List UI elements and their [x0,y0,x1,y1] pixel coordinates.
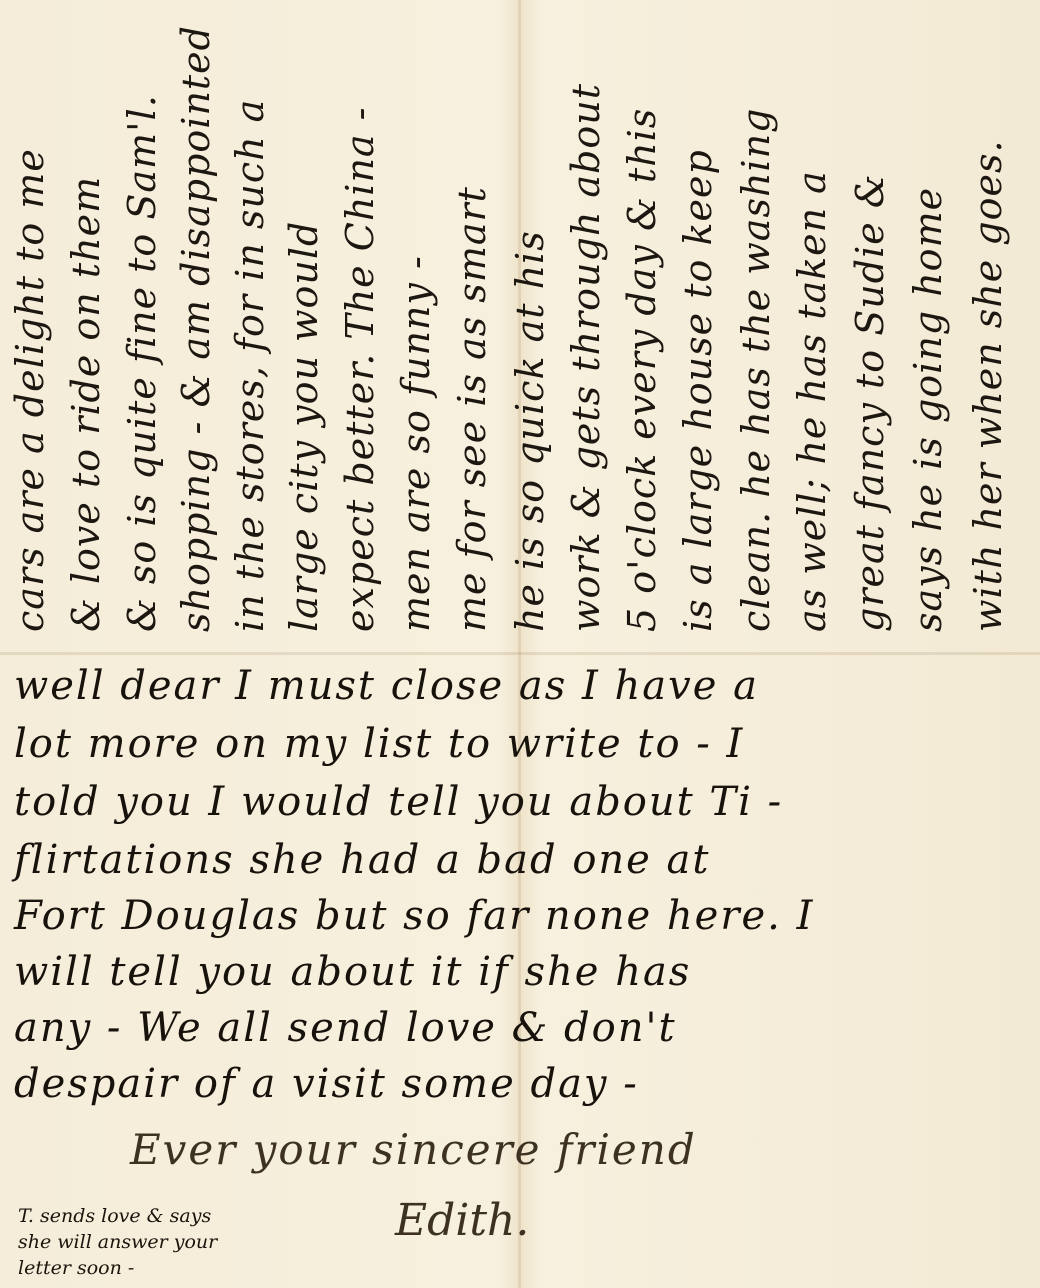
rotated-line: expect better. The China - [338,107,382,633]
rotated-line: & so is quite fine to Sam'l. [120,94,164,632]
rotated-line: clean. he has the washing [734,108,778,632]
letter-line: will tell you about it if she has [14,949,691,995]
letter-line: lot more on my list to write to - I [14,721,744,767]
letter-line: despair of a visit some day - [14,1061,639,1107]
rotated-line: cars are a delight to me [8,148,52,632]
letter-page: cars are a delight to me & love to ride … [0,0,1040,1288]
letter-closing: Ever your sincere friend [130,1125,697,1174]
rotated-line: men are so funny - [394,255,438,632]
letter-line: told you I would tell you about Ti - [14,779,783,825]
rotated-line: large city you would [282,221,326,632]
rotated-line: shopping - & am disappointed [174,25,218,632]
rotated-line: is a large house to keep [676,149,720,632]
postscript-line: she will answer your [18,1229,378,1255]
rotated-line: great fancy to Sudie & [848,173,892,632]
rotated-line: work & gets through about [564,83,608,632]
postscript-line: T. sends love & says [18,1203,378,1229]
main-letter-section: well dear I must close as I have a lot m… [0,655,1040,1288]
rotated-line: & love to ride on them [64,176,108,632]
letter-line: any - We all send love & don't [14,1005,677,1051]
rotated-line: says he is going home [906,187,950,632]
cross-written-section: cars are a delight to me & love to ride … [0,0,1040,650]
letter-line: Fort Douglas but so far none here. I [14,893,814,939]
rotated-line: with her when she goes. [966,139,1010,632]
postscript: T. sends love & says she will answer you… [18,1203,378,1281]
letter-line: well dear I must close as I have a [14,663,759,709]
letter-line: flirtations she had a bad one at [14,837,710,883]
rotated-line: 5 o'clock every day & this [620,108,664,632]
postscript-line: letter soon - [18,1255,378,1281]
rotated-line: he is so quick at his [508,230,552,632]
signature: Edith. [395,1195,529,1246]
rotated-line: in the stores, for in such a [228,99,272,632]
rotated-line: me for see is as smart [450,186,494,632]
rotated-line: as well; he has taken a [790,170,834,632]
